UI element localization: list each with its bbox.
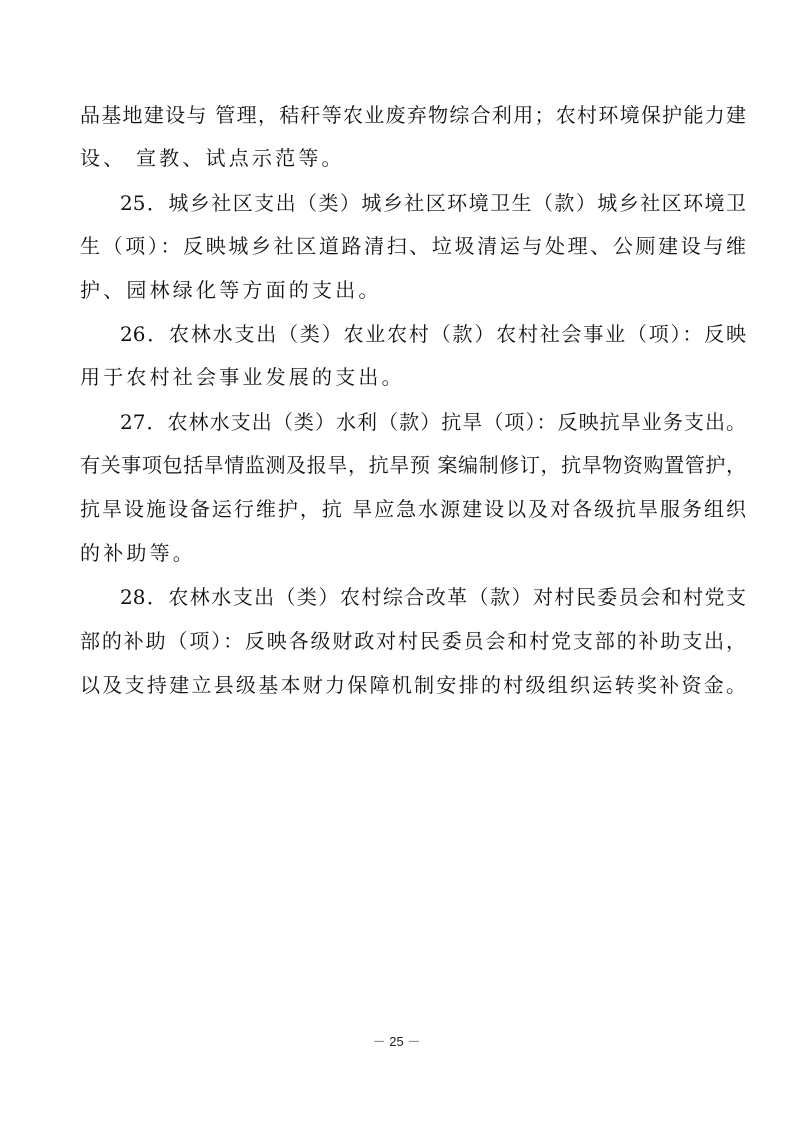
item-27-line-1: 27．农林水支出（类）水利（款）抗旱（项）：反映抗旱业务支出。 (120, 407, 746, 437)
page-number: － 25 － (0, 1031, 793, 1050)
item-27-line-3: 抗旱设施设备运行维护，抗 旱应急水源建设以及对各级抗旱服务组织 (80, 494, 746, 524)
paragraph-continuation-line-1: 品基地建设与 管理，秸秆等农业废弃物综合利用；农村环境保护能力建 (80, 100, 746, 130)
paragraph-continuation-line-2: 设、 宣教、试点示范等。 (80, 143, 746, 173)
item-28-line-2: 部的补助（项）：反映各级财政对村民委员会和村党支部的补助支出， (80, 626, 746, 656)
document-page: 品基地建设与 管理，秸秆等农业废弃物综合利用；农村环境保护能力建 设、 宣教、试… (0, 0, 793, 1122)
item-26-line-1: 26．农林水支出（类）农业农村（款）农村社会事业（项）：反映 (120, 319, 746, 349)
item-25-line-1: 25．城乡社区支出（类）城乡社区环境卫生（款）城乡社区环境卫 (120, 188, 746, 218)
item-27-line-2: 有关事项包括旱情监测及报旱，抗旱预 案编制修订，抗旱物资购置管护， (80, 450, 746, 480)
item-28-line-3: 以及支持建立县级基本财力保障机制安排的村级组织运转奖补资金。 (80, 670, 746, 700)
item-25-line-2: 生（项）：反映城乡社区道路清扫、垃圾清运与处理、公厕建设与维 (80, 231, 746, 261)
item-28-line-1: 28．农林水支出（类）农村综合改革（款）对村民委员会和村党支 (120, 582, 746, 612)
item-25-line-3: 护、园林绿化等方面的支出。 (80, 275, 746, 305)
item-26-line-2: 用于农村社会事业发展的支出。 (80, 362, 746, 392)
item-27-line-4: 的补助等。 (80, 538, 746, 568)
